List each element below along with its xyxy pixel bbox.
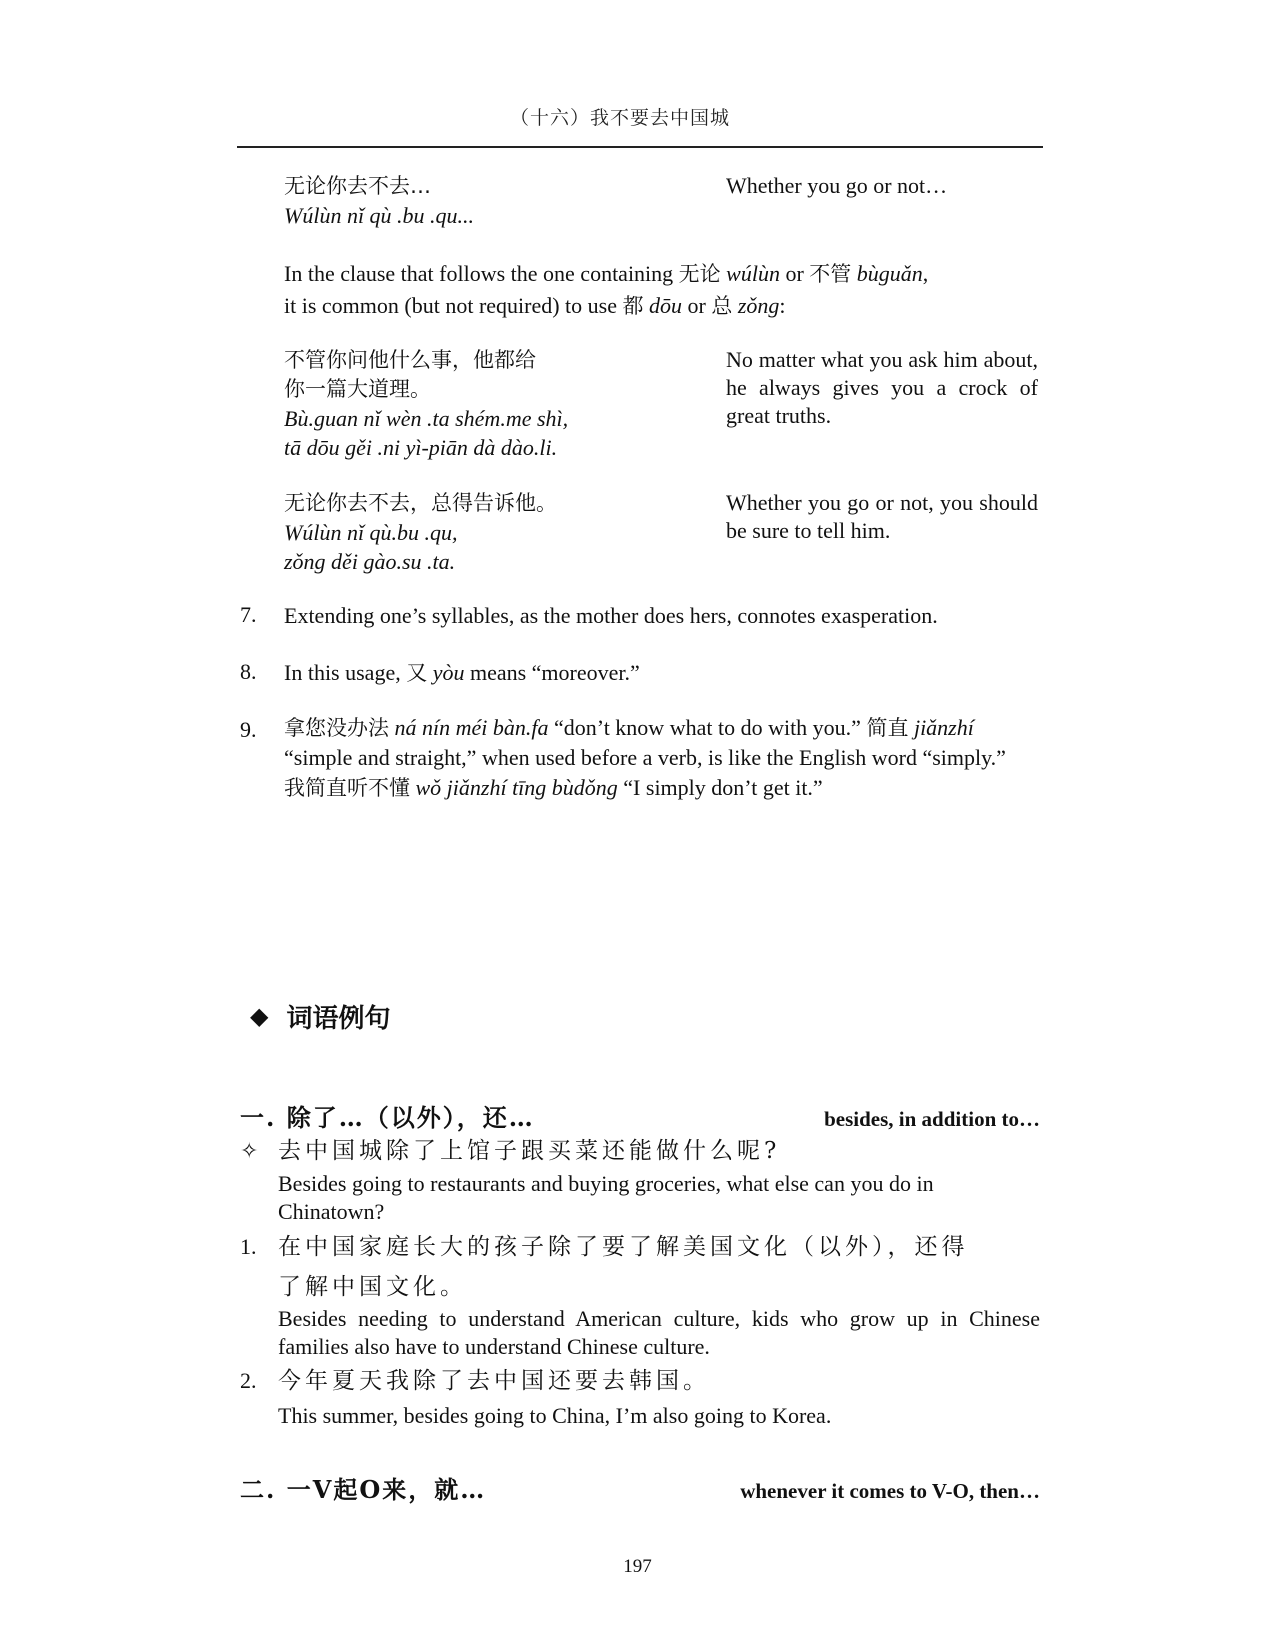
pinyin-term: jiǎnzhí [914, 715, 974, 740]
text: , [923, 261, 929, 286]
example-chinese: 不管你问他什么事，他都给 [284, 346, 684, 375]
text: In the clause that follows the one conta… [284, 261, 679, 286]
pattern-english: besides, in addition to… [824, 1107, 1040, 1132]
chinese-term: 拿您没办法 [284, 716, 389, 740]
example-pair-left: 无论你去不去，总得告诉他。 Wúlùn nǐ qù.bu .qu, zǒng d… [284, 489, 684, 576]
example-pair-left: 无论你去不去… Wúlùn nǐ qù .bu .qu... [284, 172, 684, 230]
pinyin-term: ná nín méi bàn.fa [395, 715, 549, 740]
chinese-term: 都 [623, 294, 644, 318]
explanation-paragraph: In the clause that follows the one conta… [284, 258, 1040, 322]
example-chinese: 在中国家庭长大的孩子除了要了解美国文化（以外），还得 [278, 1227, 969, 1267]
chinese-term: 无论 [679, 262, 721, 286]
text: or [682, 293, 711, 318]
example-number: 1. [240, 1234, 278, 1260]
example-pair-left: 不管你问他什么事，他都给 你一篇大道理。 Bù.guan nǐ wèn .ta … [284, 346, 684, 462]
example-pinyin: zǒng děi gào.su .ta. [284, 547, 684, 576]
note-number: 8. [240, 657, 270, 686]
example-translation: This summer, besides going to China, I’m… [278, 1402, 1040, 1430]
pattern-chinese: 二. 一V起O来，就… [240, 1470, 486, 1505]
chinese-term: 不管 [809, 262, 851, 286]
note-text: In this usage, 又 yòu means “moreover.” [284, 657, 1040, 689]
example-translation: No matter what you ask him about, he alw… [726, 346, 1038, 430]
pattern-chinese: 一. 除了…（以外），还… [240, 1098, 535, 1133]
note-number: 9. [240, 715, 270, 744]
pinyin-term: yòu [433, 660, 465, 685]
chinese-term: 总 [711, 294, 732, 318]
pinyin-term: bùguǎn [857, 261, 923, 286]
page-number: 197 [0, 1556, 1275, 1578]
example-pinyin: Bù.guan nǐ wèn .ta shém.me shì, [284, 404, 684, 433]
running-title: （十六）我不要去中国城 [0, 103, 1240, 130]
example-pinyin: Wúlùn nǐ qù.bu .qu, [284, 518, 684, 547]
text: “I simply don’t get it.” [618, 775, 823, 800]
text: : [779, 293, 785, 318]
pattern-heading: 一. 除了…（以外），还… besides, in addition to… [240, 1098, 1040, 1133]
example-sentence: 2. 今年夏天我除了去中国还要去韩国。 [240, 1361, 1040, 1401]
sparkle-bullet-icon: ✧ [240, 1139, 278, 1164]
pinyin-term: wǒ jiǎnzhí tīng bùdǒng [416, 775, 618, 800]
chinese-term: 又 [406, 661, 427, 685]
note-number: 7. [240, 600, 270, 629]
example-translation: Besides going to restaurants and buying … [278, 1170, 1040, 1226]
note-text: Extending one’s syllables, as the mother… [284, 600, 1040, 631]
text: “simple and straight,” when used before … [284, 745, 1006, 770]
note-text: 拿您没办法 ná nín méi bàn.fa “don’t know what… [284, 713, 1029, 803]
example-chinese: 今年夏天我除了去中国还要去韩国。 [278, 1361, 710, 1401]
text: In this usage, [284, 660, 406, 685]
example-chinese: 无论你去不去… [284, 172, 684, 201]
example-pinyin: tā dōu gěi .ni yì-piān dà dào.li. [284, 433, 684, 462]
example-translation: Whether you go or not… [726, 172, 1038, 200]
text: it is common (but not required) to use [284, 293, 623, 318]
pinyin-term: dōu [649, 293, 682, 318]
example-number: 2. [240, 1368, 278, 1394]
header-rule [237, 146, 1043, 148]
chinese-term: 简直 [866, 716, 908, 740]
example-pinyin: Wúlùn nǐ qù .bu .qu... [284, 201, 684, 230]
example-chinese: 无论你去不去，总得告诉他。 [284, 489, 684, 518]
example-chinese: 去中国城除了上馆子跟买菜还能做什么呢? [278, 1131, 780, 1171]
example-chinese-block: 在中国家庭长大的孩子除了要了解美国文化（以外），还得 了解中国文化。 [278, 1227, 969, 1307]
example-translation: Besides needing to understand American c… [278, 1305, 1040, 1361]
example-translation: Whether you go or not, you should be sur… [726, 489, 1038, 545]
diamond-bullet-icon: ◆ [250, 1002, 268, 1031]
example-sentence: ✧ 去中国城除了上馆子跟买菜还能做什么呢? [240, 1131, 1040, 1171]
text: “don’t know what to do with you.” [549, 715, 867, 740]
pattern-english: whenever it comes to V-O, then… [740, 1479, 1040, 1504]
text: or [780, 261, 809, 286]
example-chinese: 了解中国文化。 [278, 1267, 969, 1307]
example-sentence: 1. 在中国家庭长大的孩子除了要了解美国文化（以外），还得 了解中国文化。 [240, 1227, 1040, 1307]
pinyin-term: zǒng [738, 293, 780, 318]
chinese-term: 我简直听不懂 [284, 776, 410, 800]
example-chinese: 你一篇大道理。 [284, 375, 684, 404]
text: means “moreover.” [464, 660, 639, 685]
pattern-heading: 二. 一V起O来，就… whenever it comes to V-O, th… [240, 1470, 1040, 1505]
section-heading: ◆ 词语例句 [250, 998, 390, 1035]
pinyin-term: wúlùn [726, 261, 780, 286]
section-title: 词语例句 [286, 998, 390, 1035]
